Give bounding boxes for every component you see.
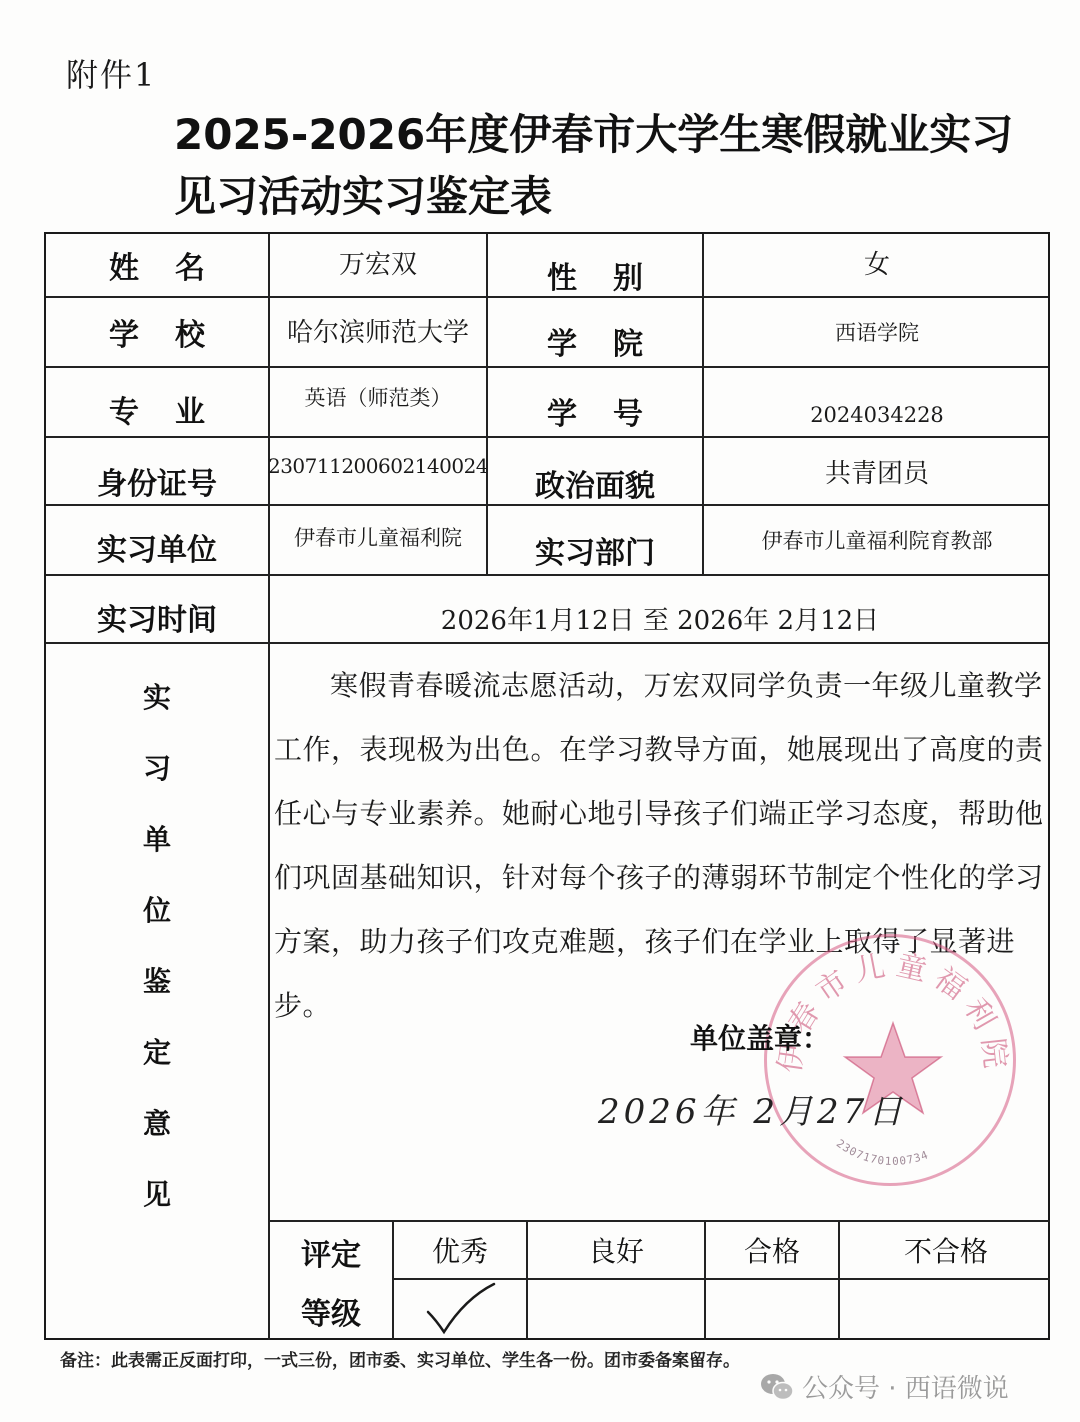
watermark-text: 公众号 · 西语微说 [802, 1368, 1009, 1405]
form-row-school: 学校 哈尔滨师范大学 学院 西语学院 [46, 298, 1048, 368]
value-college: 西语学院 [835, 317, 919, 347]
value-student-id: 2024034228 [810, 403, 944, 427]
rating-mark-fail [838, 1280, 1052, 1340]
form-row-name: 姓名 万宏双 性别 女 [46, 234, 1048, 298]
label-intern-unit: 实习单位 [97, 525, 217, 569]
form-row-unit: 实习单位 伊春市儿童福利院 实习部门 伊春市儿童福利院育教部 [46, 506, 1048, 576]
opinion-label-char: 单 [143, 804, 171, 875]
value-gender: 女 [864, 244, 890, 281]
opinion-text: 寒假青春暖流志愿活动，万宏双同学负责一年级儿童教学工作，表现极为出色。在学习教导… [274, 654, 1054, 1038]
watermark: 公众号 · 西语微说 [760, 1368, 1009, 1405]
value-name: 万宏双 [339, 244, 417, 281]
rating-title-top: 评定 [301, 1230, 361, 1274]
value-major: 英语（师范类） [305, 382, 452, 412]
rating-grid: 优秀 良好 合格 不合格 [394, 1222, 1050, 1340]
label-political-status: 政治面貌 [535, 461, 655, 505]
rating-mark-excellent [394, 1280, 526, 1340]
rating-option-fail: 不合格 [838, 1222, 1052, 1278]
stamp-label: 单位盖章： [690, 1017, 830, 1057]
form-row-major: 专业 英语（师范类） 学号 2024034228 [46, 368, 1048, 438]
rating-mark-good [526, 1280, 704, 1340]
rating-option-pass: 合格 [704, 1222, 838, 1278]
rating-options-row: 优秀 良好 合格 不合格 [394, 1222, 1050, 1280]
label-college: 学院 [511, 319, 679, 363]
checkmark-icon [420, 1282, 500, 1338]
rating-title-bottom: 等级 [301, 1289, 361, 1333]
rating-option-excellent: 优秀 [394, 1222, 526, 1278]
opinion-label-char: 位 [143, 875, 171, 946]
opinion-label: 实 习 单 位 鉴 定 意 见 [46, 644, 268, 1340]
opinion-label-char: 习 [143, 733, 171, 804]
value-intern-department: 伊春市儿童福利院育教部 [762, 525, 993, 555]
label-major: 专业 [73, 387, 241, 431]
seal-number: 2307170100734 [834, 1137, 931, 1168]
label-name: 姓名 [73, 243, 241, 287]
rating-section: 评定 等级 优秀 良好 合格 不合格 [268, 1220, 1050, 1340]
signed-date: 2026年 2月27日 [598, 1084, 906, 1133]
rating-title: 评定 等级 [270, 1222, 394, 1340]
opinion-label-char: 见 [143, 1159, 171, 1230]
opinion-label-char: 意 [143, 1088, 171, 1159]
value-school: 哈尔滨师范大学 [287, 312, 469, 349]
attachment-label: 附件1 [66, 50, 156, 96]
label-gender: 性别 [511, 253, 679, 297]
form-row-period: 实习时间 2026年1月12日 至 2026年 2月12日 [46, 576, 1048, 644]
opinion-label-char: 鉴 [143, 946, 171, 1017]
opinion-label-char: 定 [143, 1017, 171, 1088]
value-intern-period: 2026年1月12日 至 2026年 2月12日 [441, 600, 879, 637]
form-row-id: 身份证号 230711200602140024 政治面貌 共青团员 [46, 438, 1048, 506]
value-id-number: 230711200602140024 [268, 454, 488, 478]
document-title: 2025-2026年度伊春市大学生寒假就业实习见习活动实习鉴定表 [174, 104, 1014, 228]
value-intern-unit: 伊春市儿童福利院 [294, 522, 462, 552]
label-student-id: 学号 [511, 389, 679, 433]
wechat-icon [760, 1372, 794, 1402]
appraisal-form-table: 姓名 万宏双 性别 女 学校 哈尔滨师范大学 学院 西语学院 专业 英语（师范类… [44, 232, 1050, 1340]
footnote: 备注：此表需正反面打印，一式三份，团市委、实习单位、学生各一份。团市委备案留存。 [60, 1346, 740, 1371]
rating-option-good: 良好 [526, 1222, 704, 1278]
label-school: 学校 [73, 310, 241, 354]
value-political-status: 共青团员 [825, 453, 929, 490]
document-page: 附件1 2025-2026年度伊春市大学生寒假就业实习见习活动实习鉴定表 姓名 … [0, 0, 1080, 1422]
label-intern-period: 实习时间 [97, 595, 217, 639]
label-intern-department: 实习部门 [535, 528, 655, 572]
svg-text:2307170100734: 2307170100734 [834, 1137, 931, 1168]
rating-mark-pass [704, 1280, 838, 1340]
rating-marks-row [394, 1280, 1050, 1340]
opinion-label-char: 实 [143, 662, 171, 733]
opinion-body: 寒假青春暖流志愿活动，万宏双同学负责一年级儿童教学工作，表现极为出色。在学习教导… [268, 644, 1050, 1220]
label-id-number: 身份证号 [97, 459, 217, 503]
